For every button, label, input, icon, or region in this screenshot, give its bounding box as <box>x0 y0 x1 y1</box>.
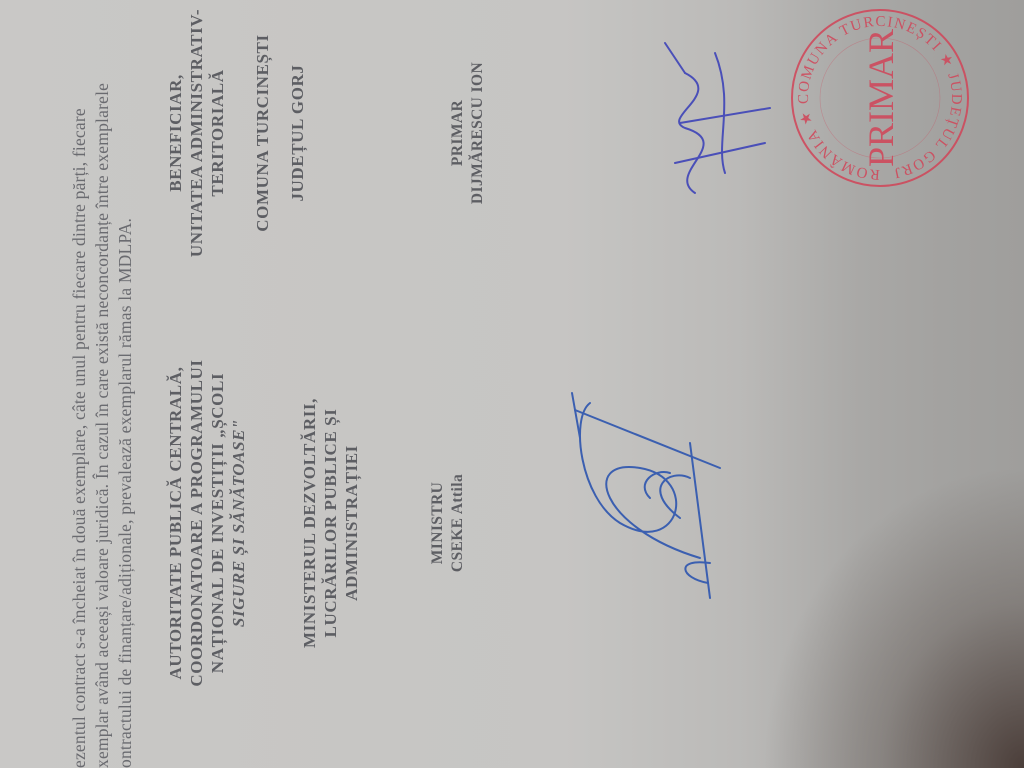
official-stamp-icon: ROMÂNIA ★ COMUNA TURCINEȘTI ★ JUDEȚUL GO… <box>785 3 975 193</box>
ministry-line: LUCRĂRILOR PUBLICE ȘI <box>320 358 341 688</box>
ministry-name: MINISTERUL DEZVOLTĂRII, LUCRĂRILOR PUBLI… <box>299 358 362 688</box>
paragraph-line: ezentul contract s-a încheiat în două ex… <box>68 0 91 768</box>
county-name: JUDEȚUL GORJ <box>287 0 308 298</box>
mayor-signature-icon <box>655 33 775 203</box>
paragraph-line: xemplar având aceeași valoare juridică. … <box>91 0 114 768</box>
commune-name: COMUNA TURCINEȘTI <box>252 0 273 298</box>
authority-heading: AUTORITATE PUBLICĂ CENTRALĂ, COORDONATOA… <box>165 358 249 688</box>
closing-paragraph: ezentul contract s-a încheiat în două ex… <box>68 0 137 768</box>
mayor-title: PRIMAR <box>448 0 468 298</box>
ministry-line: MINISTERUL DEZVOLTĂRII, <box>299 358 320 688</box>
authority-line: NAȚIONAL DE INVESTIȚII „ȘCOLI <box>207 358 228 688</box>
ministry-line: ADMINISTRAȚIEI <box>341 358 362 688</box>
document-page: ezentul contract s-a încheiat în două ex… <box>0 0 1024 768</box>
entity-line: UNITATEA ADMINISTRATIV- <box>186 0 207 298</box>
beneficiary-label: BENEFICIAR, <box>165 0 186 298</box>
left-party-block: AUTORITATE PUBLICĂ CENTRALĂ, COORDONATOA… <box>165 358 468 688</box>
minister-name: CSEKE Attila <box>448 358 468 688</box>
authority-line: COORDONATOARE A PROGRAMULUI <box>186 358 207 688</box>
minister-title: MINISTRU <box>428 358 448 688</box>
entity-line: TERITORIALĂ <box>207 0 228 298</box>
mayor-name: DIJMĂRESCU ION <box>468 0 488 298</box>
program-name-line: SIGURE ȘI SĂNĂTOASE" <box>228 358 249 688</box>
beneficiary-heading: BENEFICIAR, UNITATEA ADMINISTRATIV- TERI… <box>165 0 228 298</box>
right-party-block: BENEFICIAR, UNITATEA ADMINISTRATIV- TERI… <box>165 0 488 298</box>
authority-line: AUTORITATE PUBLICĂ CENTRALĂ, <box>165 358 186 688</box>
stamp-center-text: PRIMAR <box>861 29 901 167</box>
minister-signature-icon <box>560 378 730 618</box>
paragraph-line: ontractului de finanțare/adiționale, pre… <box>114 0 137 768</box>
